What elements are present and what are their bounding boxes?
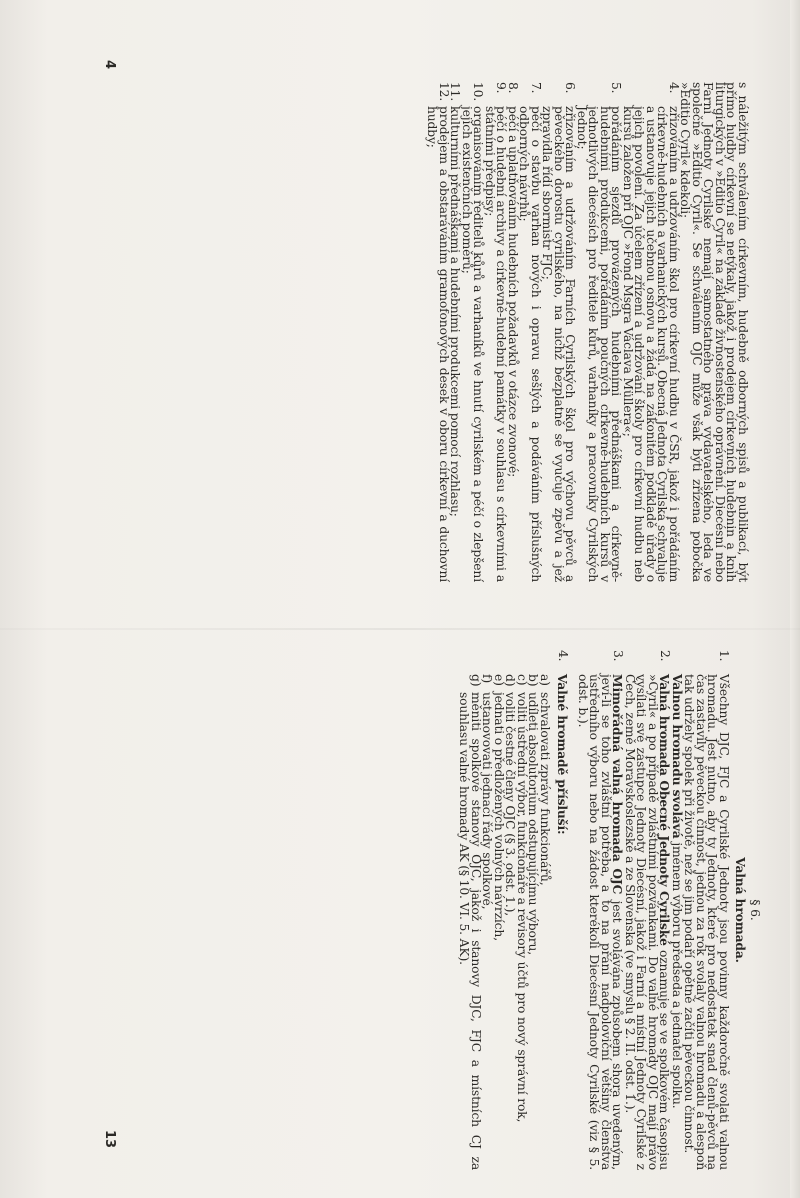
- item-number: 2.: [624, 650, 671, 674]
- list-item: 6.zřizováním a udržováním Farních Cyrils…: [541, 82, 576, 582]
- list-item: 7.péčí o stavbu varhan nových i opravu s…: [518, 82, 541, 582]
- section-number: § 6.: [749, 650, 761, 1170]
- item-number: 3.: [577, 650, 624, 674]
- item-text: Mimořádná valná hromada OJC jest svolává…: [577, 674, 624, 1170]
- list-item: 1.Všechny DJC, FJC a Cyrilské Jednoty js…: [683, 650, 729, 1170]
- list-item: 5.pořádáním sjezdů provázených hudebními…: [576, 82, 622, 582]
- sub-item-letter: g): [458, 674, 481, 692]
- bold-lead: Valná hromada Obecné Jednoty Cyrilské: [658, 674, 673, 946]
- bold-lead: Valné hromadě přísluší:: [556, 674, 571, 834]
- item-number: 4.: [556, 650, 569, 674]
- sub-item-letter: c): [516, 674, 528, 692]
- item-text: prodejem a obstaráváním gramofonových de…: [426, 106, 449, 582]
- sub-item: e)jednati o předložených volných návrzíc…: [493, 674, 505, 1170]
- left-page: s náležitým schválením církevním, hudebn…: [0, 0, 800, 600]
- item-text: Valné hromadě přísluší:: [556, 674, 569, 1170]
- item-number: 6.: [541, 82, 576, 106]
- item-text: organisováním ředitelů kůrů a varhaníků …: [461, 106, 484, 582]
- sub-item-text: jednati o předložených volných návrzích,: [493, 692, 505, 1170]
- right-list: 1.Všechny DJC, FJC a Cyrilské Jednoty js…: [556, 650, 729, 1170]
- sub-item: c)voliti ústřední výbor, funkcionáře a r…: [516, 674, 528, 1170]
- list-item: 2.Valná hromada Obecné Jednoty Cyrilské …: [624, 650, 671, 1170]
- list-item: 4.Valné hromadě přísluší:: [556, 650, 569, 1170]
- intro-paragraph: s náležitým schválením církevním, hudebn…: [679, 82, 748, 582]
- list-item: 3.Mimořádná valná hromada OJC jest svolá…: [577, 650, 624, 1170]
- item-text: péčí o hudební archivy a církevně-hudebn…: [484, 106, 507, 582]
- page-number-right: 13: [102, 1130, 117, 1148]
- section-heading: Valná hromada.: [735, 650, 747, 1170]
- item-text: pořádáním sjezdů provázených hudebními p…: [576, 106, 622, 582]
- list-item: 8.péčí a uplatňováním hudebních požadavk…: [507, 82, 519, 582]
- list-item: 10.organisováním ředitelů kůrů a varhaní…: [461, 82, 484, 582]
- scanned-booklet-spread: s náležitým schválením církevním, hudebn…: [0, 0, 800, 1198]
- item-number: 4.: [622, 82, 680, 106]
- left-page-text: s náležitým schválením církevním, hudebn…: [426, 82, 748, 582]
- item-number: 5.: [576, 82, 622, 106]
- item-number: 7.: [518, 82, 541, 106]
- sub-item: a)schvalovati zprávy funkcionářů,: [539, 674, 551, 1170]
- item-text: péčí a uplatňováním hudebních požadavků …: [507, 106, 519, 582]
- item-number: 1.: [683, 650, 729, 674]
- sub-item-text: schvalovati zprávy funkcionářů,: [539, 692, 551, 1170]
- item-text: Valná hromada Obecné Jednoty Cyrilské oz…: [624, 674, 671, 1170]
- right-sublist: a)schvalovati zprávy funkcionářů,b)udíle…: [458, 650, 550, 1170]
- sub-item-letter: a): [539, 674, 551, 692]
- list-item: 9.péčí o hudební archivy a církevně-hude…: [484, 82, 507, 582]
- item-number: 8.: [507, 82, 519, 106]
- sub-item: g)měniti spolkové stanovy OJC, jakož i s…: [458, 674, 481, 1170]
- right-page: § 6. Valná hromada. 1.Všechny DJC, FJC a…: [0, 600, 800, 1198]
- sub-item-text: voliti ústřední výbor, funkcionáře a rev…: [516, 692, 528, 1170]
- item-number: 12.: [426, 82, 449, 106]
- sub-item-letter: e): [493, 674, 505, 692]
- list-item: 12.prodejem a obstaráváním gramofonových…: [426, 82, 449, 582]
- item-number: [671, 650, 684, 674]
- right-page-text: § 6. Valná hromada. 1.Všechny DJC, FJC a…: [458, 650, 760, 1170]
- left-list: 4.zřizováním a udržováním škol pro círke…: [426, 82, 679, 582]
- sub-item-text: měniti spolkové stanovy OJC, jakož i sta…: [458, 692, 481, 1170]
- item-text: Všechny DJC, FJC a Cyrilské Jednoty jsou…: [683, 674, 729, 1170]
- item-number: 10.: [461, 82, 484, 106]
- item-number: 9.: [484, 82, 507, 106]
- item-text: zřizováním a udržováním škol pro církevn…: [622, 106, 680, 582]
- item-text: péčí o stavbu varhan nových i opravu seš…: [518, 106, 541, 582]
- item-text: zřizováním a udržováním Farních Cyrilský…: [541, 106, 576, 582]
- bold-lead: Mimořádná valná hromada OJC: [611, 674, 626, 894]
- list-item: 4.zřizováním a udržováním škol pro círke…: [622, 82, 680, 582]
- page-number-left: 4: [102, 60, 117, 69]
